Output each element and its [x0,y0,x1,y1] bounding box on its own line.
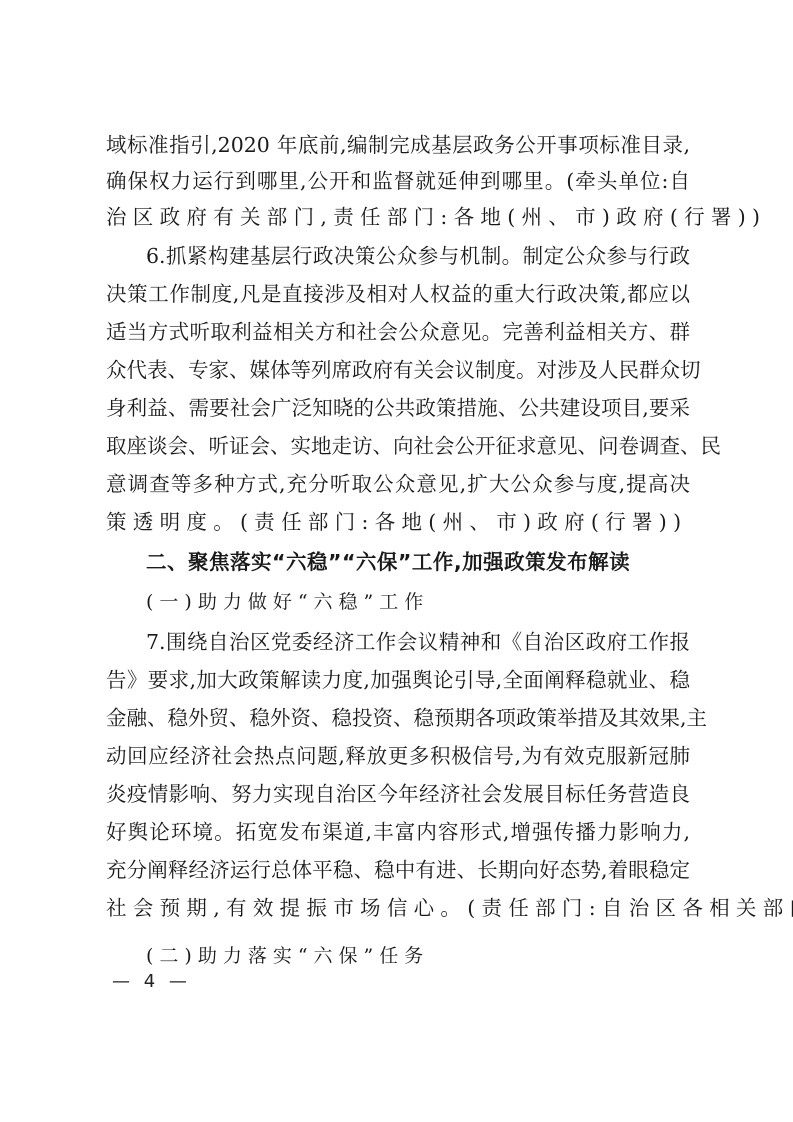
subsection-heading-2: (二)助力落实“六保”任务 [146,941,429,971]
body-text-line: 好舆论环境。拓宽发布渠道,丰富内容形式,增强传播力影响力, [106,817,690,847]
body-text-line: 策透明度。(责任部门:各地(州、市)政府(行署)) [106,507,690,537]
body-text-line: 动回应经济社会热点问题,释放更多积极信号,为有效克服新冠肺 [106,741,690,771]
body-text-line: 域标准指引,2020 年底前,编制完成基层政务公开事项标准目录, [106,130,690,160]
body-text-line: 身利益、需要社会广泛知晓的公共政策措施、公共建设项目,要采 [106,393,690,423]
body-text-line: 众代表、专家、媒体等列席政府有关会议制度。对涉及人民群众切 [106,355,690,385]
body-text-line: 取座谈会、听证会、实地走访、向社会公开征求意见、问卷调查、民 [106,431,690,461]
section-heading: 二、聚焦落实“六稳”“六保”工作,加强政策发布解读 [146,547,630,577]
body-text-line: 适当方式听取利益相关方和社会公众意见。完善利益相关方、群 [106,317,690,347]
subsection-heading-1: (一)助力做好“六稳”工作 [146,587,429,617]
body-text-line: 充分阐释经济运行总体平稳、稳中有进、长期向好态势,着眼稳定 [106,855,690,885]
document-page: 域标准指引,2020 年底前,编制完成基层政务公开事项标准目录, 确保权力运行到… [0,0,793,1122]
paragraph-7-first-line: 7.围绕自治区党委经济工作会议精神和《自治区政府工作报 [146,627,690,657]
body-text-line: 确保权力运行到哪里,公开和监督就延伸到哪里。(牵头单位:自 [106,166,690,196]
body-text-line: 金融、稳外贸、稳外资、稳投资、稳预期各项政策举措及其效果,主 [106,703,690,733]
body-text-line: 意调查等多种方式,充分听取公众意见,扩大公众参与度,提高决 [106,469,690,499]
body-text-line: 治区政府有关部门,责任部门:各地(州、市)政府(行署)) [106,202,690,232]
body-text-line: 社会预期,有效提振市场信心。(责任部门:自治区各相关部门) [106,893,690,923]
body-text-line: 决策工作制度,凡是直接涉及相对人权益的重大行政决策,都应以 [106,279,690,309]
body-text-line: 炎疫情影响、努力实现自治区今年经济社会发展目标任务营造良 [106,779,690,809]
body-text-line: 告》要求,加大政策解读力度,加强舆论引导,全面阐释稳就业、稳 [106,665,690,695]
page-number: — 4 — [112,970,191,994]
paragraph-6-first-line: 6.抓紧构建基层行政决策公众参与机制。制定公众参与行政 [146,241,690,271]
